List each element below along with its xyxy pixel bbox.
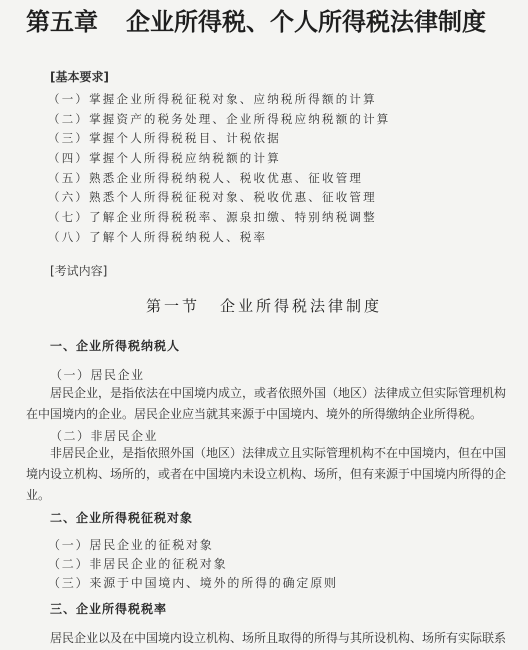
document-page: 第五章企业所得税、个人所得税法律制度 [基本要求] （一）掌握企业所得税征税对象… xyxy=(0,0,528,650)
chapter-title: 第五章企业所得税、个人所得税法律制度 xyxy=(26,2,486,37)
part1-sub2-text: 非居民企业，是指依照外国（地区）法律成立且实际管理机构不在中国境内，但在中国境内… xyxy=(26,443,506,506)
part2-item: （二）非居民企业的征税对象 xyxy=(48,555,338,574)
part1-sub2-heading: （二）非居民企业 xyxy=(50,427,158,444)
requirement-item: （二）掌握资产的税务处理、企业所得税应纳税额的计算 xyxy=(48,110,391,130)
part2-item: （一）居民企业的征税对象 xyxy=(48,536,338,555)
part1-sub1-text: 居民企业，是指依法在中国境内成立，或者依照外国（地区）法律成立但实际管理机构在中… xyxy=(26,383,506,425)
requirements-label: [基本要求] xyxy=(50,68,109,85)
requirement-item: （五）熟悉企业所得税纳税人、税收优惠、征收管理 xyxy=(48,169,391,189)
chapter-name: 企业所得税、个人所得税法律制度 xyxy=(126,7,486,36)
part2-heading: 二、企业所得税征税对象 xyxy=(50,509,193,526)
requirements-list: （一）掌握企业所得税征税对象、应纳税所得额的计算 （二）掌握资产的税务处理、企业… xyxy=(48,90,391,248)
part1-sub1-heading: （一）居民企业 xyxy=(50,366,145,383)
section-title: 第一节企业所得税法律制度 xyxy=(0,295,528,316)
section-name: 企业所得税法律制度 xyxy=(220,297,382,315)
chapter-number: 第五章 xyxy=(26,7,98,36)
requirement-item: （一）掌握企业所得税征税对象、应纳税所得额的计算 xyxy=(48,90,391,110)
part2-list: （一）居民企业的征税对象 （二）非居民企业的征税对象 （三）来源于中国境内、境外… xyxy=(48,536,338,593)
part2-item: （三）来源于中国境内、境外的所得的确定原则 xyxy=(48,574,338,593)
section-number: 第一节 xyxy=(146,297,200,315)
requirement-item: （八）了解个人所得税纳税人、税率 xyxy=(48,228,391,248)
exam-content-label: [考试内容] xyxy=(50,262,107,279)
part3-heading: 三、企业所得税税率 xyxy=(50,600,167,617)
requirement-item: （六）熟悉个人所得税征税对象、税收优惠、征收管理 xyxy=(48,188,391,208)
requirement-item: （七）了解企业所得税税率、源泉扣缴、特别纳税调整 xyxy=(48,208,391,228)
requirement-item: （三）掌握个人所得税税目、计税依据 xyxy=(48,129,391,149)
requirement-item: （四）掌握个人所得税应纳税额的计算 xyxy=(48,149,391,169)
part1-heading: 一、企业所得税纳税人 xyxy=(50,337,180,354)
part3-text: 居民企业以及在中国境内设立机构、场所且取得的所得与其所设机构、场所有实际联系 xyxy=(26,628,506,649)
